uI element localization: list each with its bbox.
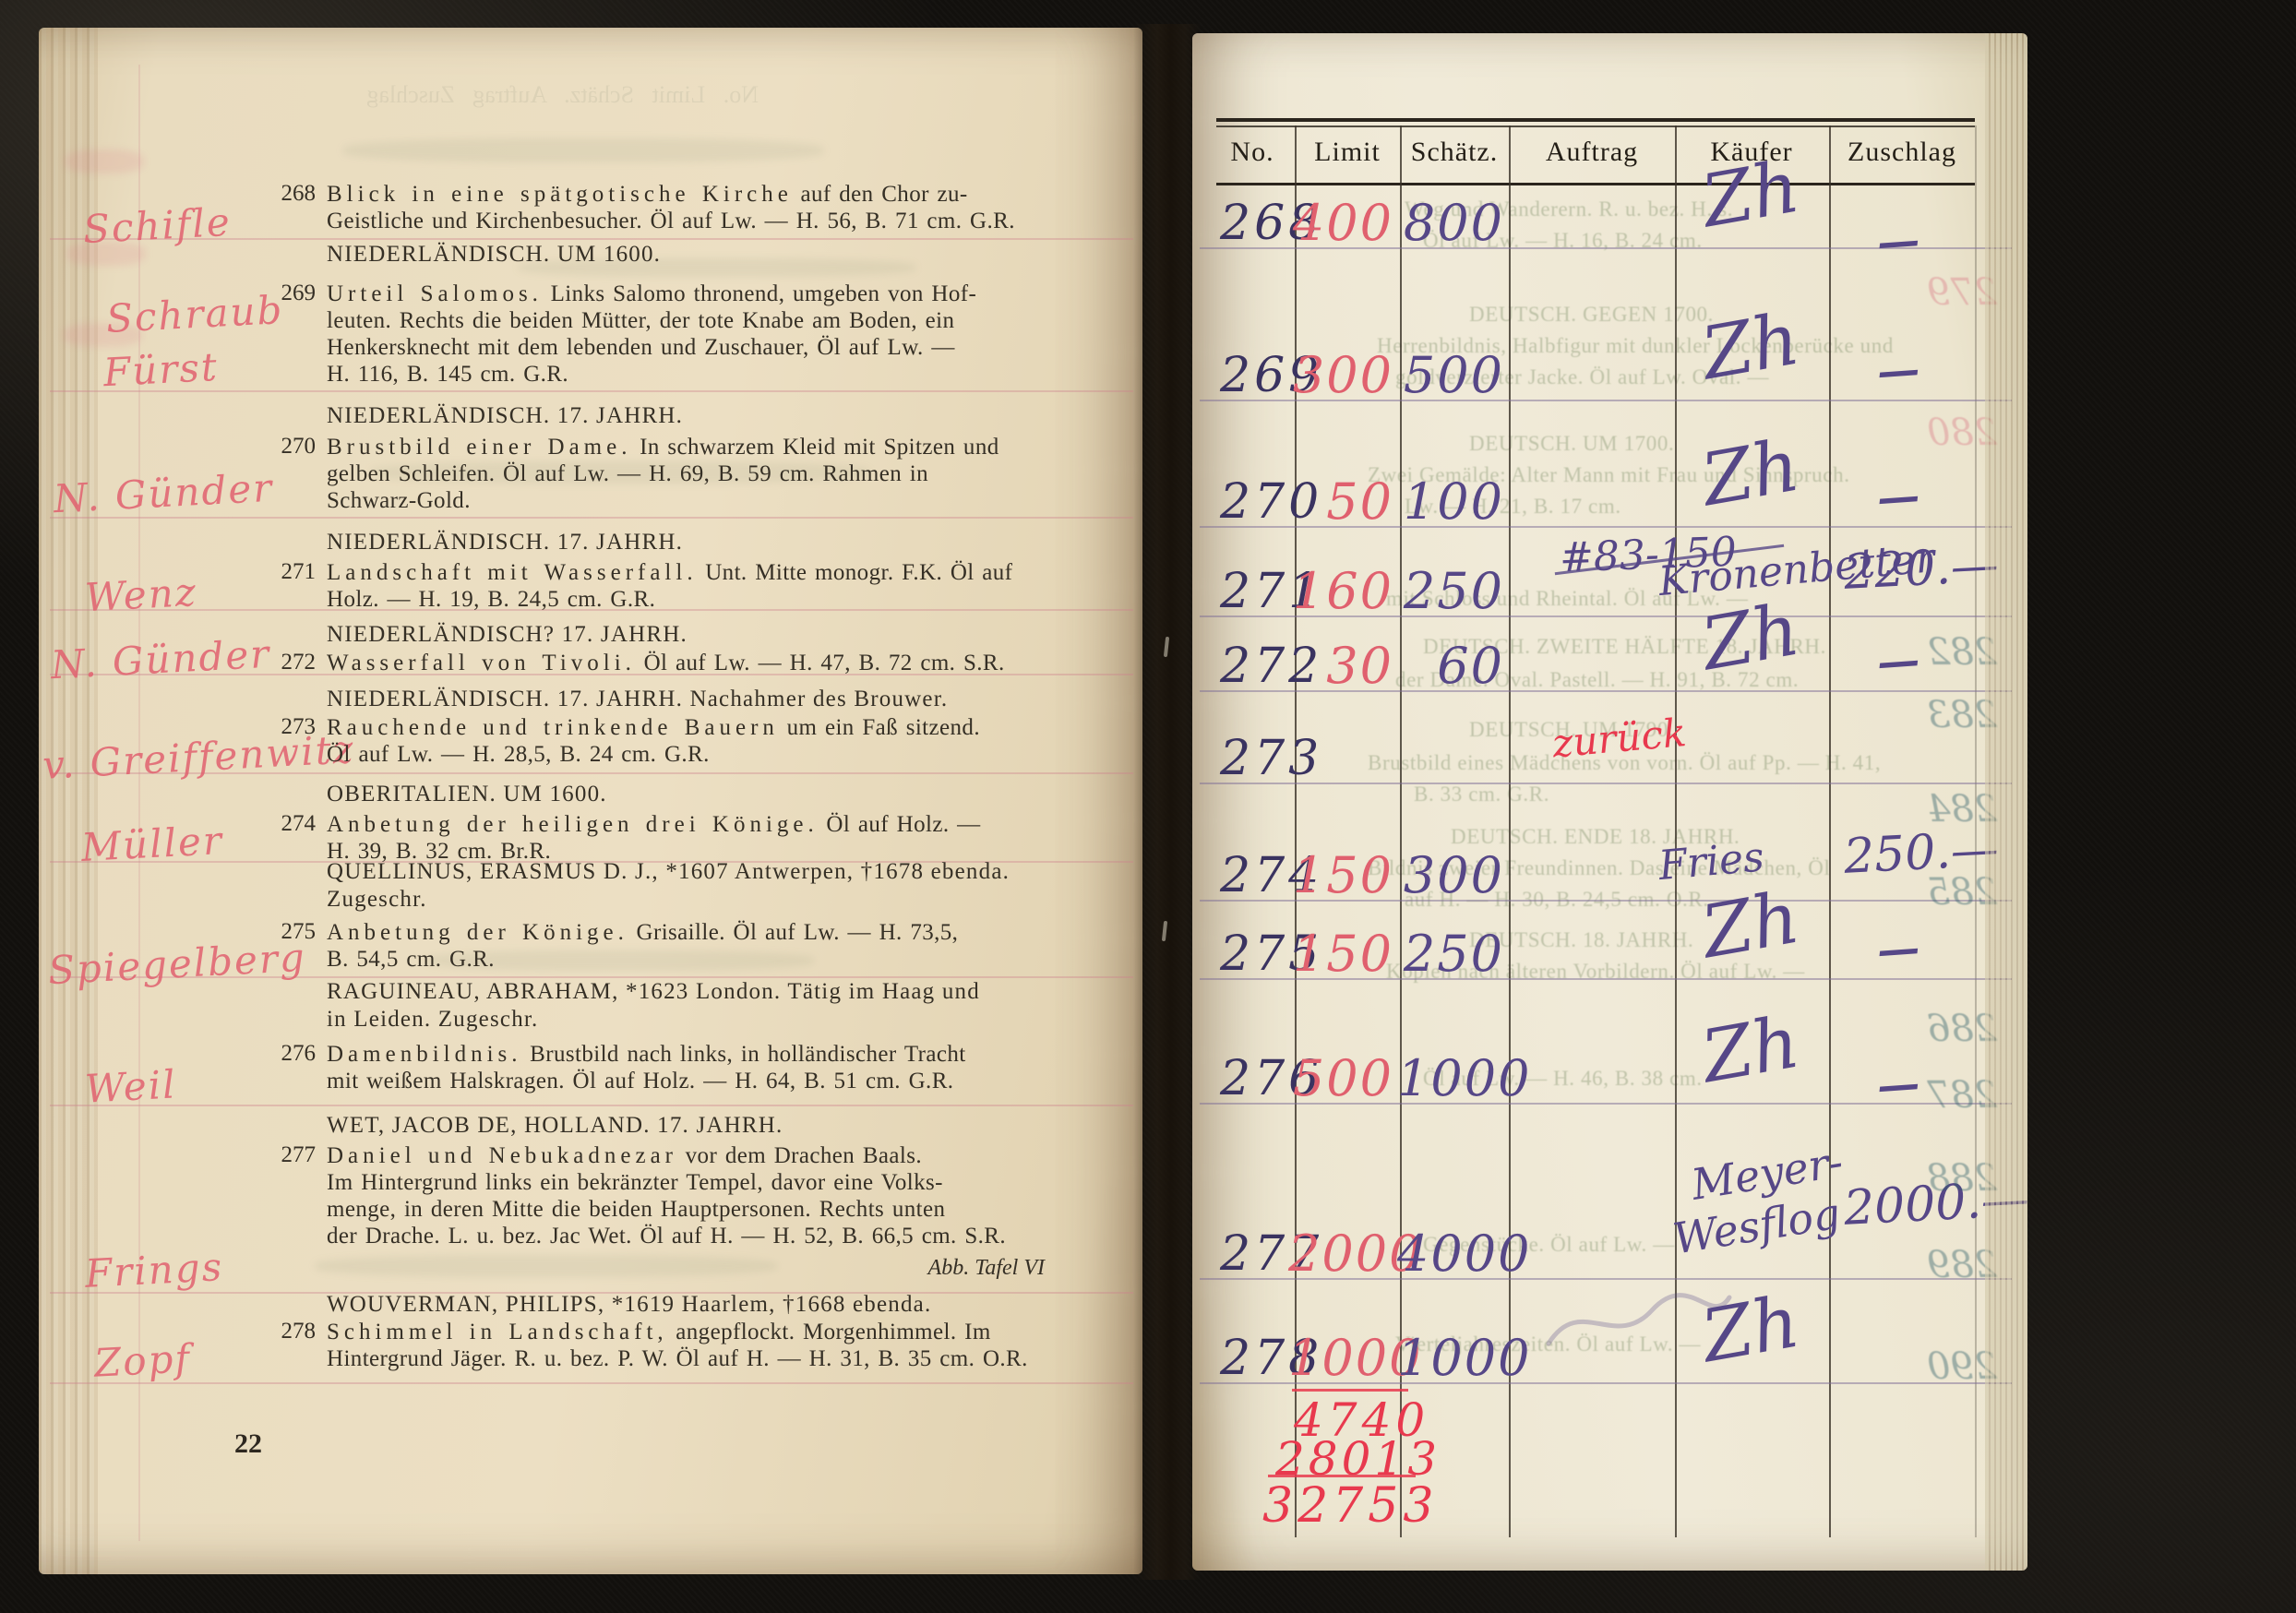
- cell-no: 277: [1220, 1226, 1297, 1282]
- cell-no: 276: [1220, 1051, 1297, 1106]
- lot-title-spaced: Damenbildnis.: [327, 1042, 522, 1067]
- table-column-rule: [1295, 125, 1297, 1537]
- binding-stitch: [1162, 921, 1167, 941]
- bleedthrough-smudge: [343, 138, 823, 162]
- totals-underline-bottom: [1268, 1475, 1416, 1477]
- lot-description-line: Im Hintergrund links ein bekränzter Temp…: [327, 1169, 1120, 1196]
- cell-limit: 300: [1288, 346, 1393, 404]
- margin-buyer-name: Schifle: [82, 199, 233, 252]
- lot-number: 276: [234, 1041, 316, 1067]
- cell-zuschlag-dash: —: [1875, 920, 1953, 974]
- lot-number: 278: [234, 1319, 316, 1344]
- lot-description-line: Holz. — H. 19, B. 24,5 cm. G.R.: [327, 586, 1120, 613]
- table-top-rule: [1216, 118, 1975, 122]
- lot-title-line: Urteil Salomos. Links Salomo thronend, u…: [327, 281, 1120, 307]
- cell-no: 269: [1220, 348, 1297, 403]
- cell-schaetz: 60: [1397, 637, 1504, 695]
- lot-title-spaced: Blick in eine spätgotische Kirche: [327, 182, 793, 207]
- artist-school-header: RAGUINEAU, ABRAHAM, *1623 London. Tätig …: [327, 979, 1120, 1005]
- ink-scribble: [1543, 1286, 1737, 1364]
- ledger-line: [50, 1382, 1133, 1384]
- lot-description-line: der Drache. L. u. bez. Jac Wet. Öl auf H…: [327, 1223, 1120, 1249]
- cell-schaetz: 4000: [1397, 1225, 1504, 1283]
- lot-number: 271: [234, 559, 316, 585]
- lot-description-line: Hintergrund Jäger. R. u. bez. P. W. Öl a…: [327, 1345, 1120, 1372]
- lot-title-line: Damenbildnis. Brustbild nach links, in h…: [327, 1041, 1120, 1068]
- lot-title-spaced: Anbetung der Könige.: [327, 920, 628, 945]
- cell-no: 275: [1220, 926, 1297, 982]
- lot-title-spaced: Wasserfall von Tivoli.: [327, 651, 636, 675]
- cell-no: 272: [1220, 639, 1297, 694]
- cell-no: 270: [1220, 474, 1297, 530]
- lot-title-spaced: Brustbild einer Dame.: [327, 435, 631, 460]
- lot-title-spaced: Anbetung der heiligen drei Könige.: [327, 812, 819, 837]
- artist-school-header: WOUVERMAN, PHILIPS, *1619 Haarlem, †1668…: [327, 1292, 1120, 1318]
- cell-schaetz: 1000: [1397, 1329, 1504, 1387]
- bleedthrough-text: DEUTSCH. GEGEN 1700.: [1469, 303, 1714, 327]
- margin-buyer-name: Zopf: [93, 1335, 192, 1385]
- artist-school-header: NIEDERLÄNDISCH. 17. JAHRH.: [327, 530, 1120, 556]
- artist-school-header: NIEDERLÄNDISCH. 17. JAHRH.: [327, 403, 1120, 429]
- lot-number: 273: [234, 714, 316, 740]
- cell-limit: 30: [1288, 637, 1393, 695]
- cell-limit: 150: [1288, 846, 1393, 904]
- plate-reference-note: Abb. Tafel VI: [740, 1256, 1045, 1281]
- lot-title-line: Anbetung der heiligen drei Könige. Öl au…: [327, 811, 1120, 838]
- artist-school-header: in Leiden. Zugeschr.: [327, 1007, 1120, 1033]
- artist-school-header: NIEDERLÄNDISCH? 17. JAHRH.: [327, 622, 1120, 648]
- lot-description-line: mit weißem Halskragen. Öl auf Holz. — H.…: [327, 1068, 1120, 1094]
- lot-title-line: Anbetung der Könige. Grisaille. Öl auf L…: [327, 919, 1120, 946]
- lot-title-line: Brustbild einer Dame. In schwarzem Kleid…: [327, 434, 1120, 460]
- ledger-line: [50, 390, 1133, 392]
- lot-description-line: Öl auf Lw. — H. 28,5, B. 24 cm. G.R.: [327, 741, 1120, 768]
- artist-school-header: NIEDERLÄNDISCH. UM 1600.: [327, 242, 1120, 268]
- lot-title-spaced: Daniel und Nebukadnezar: [327, 1143, 677, 1168]
- totals-underline-top: [1292, 1389, 1408, 1392]
- bleedthrough-text: DEUTSCH. UM 1700.: [1469, 432, 1674, 456]
- cell-kaeufer-zh: Zh: [1684, 998, 1817, 1101]
- right-page-ledger: Weg und Wanderern. R. u. bez. H. s.Öl au…: [1192, 33, 2027, 1571]
- cell-no: 268: [1220, 196, 1297, 251]
- lot-number: 270: [234, 434, 316, 460]
- lot-description-line: gelben Schleifen. Öl auf Lw. — H. 69, B.…: [327, 460, 1120, 487]
- margin-buyer-name: Wenz: [84, 569, 198, 620]
- artist-school-header: WET, JACOB DE, HOLLAND. 17. JAHRH.: [327, 1113, 1120, 1139]
- cell-zuschlag-dash: —: [1875, 468, 1953, 522]
- cell-limit: 50: [1288, 472, 1393, 531]
- cell-limit: 2000: [1288, 1225, 1393, 1283]
- lot-number: 274: [234, 811, 316, 837]
- cell-schaetz: 300: [1397, 846, 1504, 904]
- lot-number: 268: [234, 181, 316, 207]
- artist-school-header: QUELLINUS, ERASMUS D. J., *1607 Antwerpe…: [327, 859, 1120, 885]
- margin-buyer-name: Frings: [84, 1244, 224, 1296]
- lot-number: 275: [234, 919, 316, 945]
- table-top-rule-thin: [1216, 125, 1975, 127]
- lot-title-line: Rauchende und trinkende Bauern um ein Fa…: [327, 714, 1120, 741]
- cell-no: 274: [1220, 848, 1297, 903]
- column-header-schaetz: Schätz.: [1390, 137, 1519, 168]
- table-column-rule: [1400, 125, 1402, 1537]
- ghost-table-header: No. Limit Schätz. Auftrag Zuschlag: [57, 81, 759, 109]
- margin-rule-line: [138, 65, 140, 1541]
- cell-zuschlag-dash: —: [1875, 212, 1953, 267]
- cell-limit: 500: [1288, 1049, 1393, 1107]
- lot-title-line: Wasserfall von Tivoli. Öl auf Lw. — H. 4…: [327, 650, 1120, 676]
- cell-schaetz: 100: [1397, 472, 1504, 531]
- left-page-catalog: No. Limit Schätz. Auftrag Zuschlag Schif…: [39, 28, 1142, 1574]
- cell-schaetz: 250: [1397, 925, 1504, 983]
- lot-title-line: Daniel und Nebukadnezar vor dem Drachen …: [327, 1142, 1120, 1169]
- book-gutter: [1133, 24, 1202, 1580]
- cell-schaetz: 1000: [1397, 1049, 1504, 1107]
- book-spread-photo: No. Limit Schätz. Auftrag Zuschlag Schif…: [0, 0, 2296, 1613]
- lot-description-line: Schwarz-Gold.: [327, 487, 1120, 514]
- lot-title-spaced: Rauchende und trinkende Bauern: [327, 715, 779, 740]
- artist-school-header: NIEDERLÄNDISCH. 17. JAHRH. Nachahmer des…: [327, 687, 1120, 712]
- cell-schaetz: 500: [1397, 346, 1504, 404]
- lot-title-spaced: Schimmel in Landschaft,: [327, 1320, 668, 1344]
- cell-limit: 400: [1288, 194, 1393, 252]
- column-header-zuschlag: Zuschlag: [1837, 137, 1967, 168]
- lot-number: 272: [234, 650, 316, 675]
- table-column-rule: [1509, 125, 1511, 1537]
- cell-schaetz: 250: [1397, 562, 1504, 620]
- bleedthrough-smudge-pink: [65, 149, 144, 173]
- lot-title-spaced: Landschaft mit Wasserfall.: [327, 560, 698, 585]
- artist-school-header: Zugeschr.: [327, 887, 1120, 913]
- bleedthrough-smudge: [316, 1255, 777, 1277]
- totals-sum3: 32753: [1262, 1478, 1414, 1534]
- lot-title-spaced: Urteil Salomos.: [327, 281, 543, 306]
- binding-stitch: [1164, 637, 1169, 657]
- lot-number: 277: [234, 1142, 316, 1168]
- lot-title-line: Schimmel in Landschaft, angepflockt. Mor…: [327, 1319, 1120, 1345]
- ledger-line: [50, 517, 1133, 519]
- bleedthrough-text: B. 33 cm. G.R.: [1414, 783, 1549, 806]
- cell-no: 278: [1220, 1331, 1297, 1386]
- lot-description-line: menge, in deren Mitte die beiden Hauptpe…: [327, 1196, 1120, 1223]
- lot-title-line: Landschaft mit Wasserfall. Unt. Mitte mo…: [327, 559, 1120, 586]
- column-header-auftrag: Auftrag: [1527, 137, 1656, 168]
- cell-limit: 150: [1288, 925, 1393, 983]
- cell-zuschlag-dash: —: [1875, 341, 1953, 396]
- ledger-line: [50, 1105, 1133, 1106]
- margin-buyer-name: Fürst: [102, 344, 220, 395]
- cell-zuschlag-amount: 220.—: [1843, 538, 1984, 601]
- lot-description-line: leuten. Rechts die beiden Mütter, der to…: [327, 307, 1120, 334]
- artist-school-header: OBERITALIEN. UM 1600.: [327, 782, 1120, 807]
- cell-schaetz: 800: [1397, 194, 1504, 252]
- lot-description-line: B. 54,5 cm. G.R.: [327, 946, 1120, 973]
- right-page-deckle-edge: [1985, 33, 2027, 1571]
- lot-description-line: H. 116, B. 145 cm. G.R.: [327, 361, 1120, 388]
- cell-kaeufer-zh: Zh: [1684, 422, 1817, 524]
- margin-buyer-name: Weil: [84, 1061, 178, 1111]
- lot-title-line: Blick in eine spätgotische Kirche auf de…: [327, 181, 1120, 208]
- margin-buyer-name: Müller: [80, 818, 224, 870]
- lot-description-line: Henkersknecht mit dem lebenden und Zusch…: [327, 334, 1120, 361]
- table-header-separator: [1216, 183, 1975, 185]
- cell-limit: 1000: [1288, 1329, 1393, 1387]
- cell-no: 273: [1220, 731, 1297, 786]
- lot-description-line: Geistliche und Kirchenbesucher. Öl auf L…: [327, 208, 1120, 234]
- page-number: 22: [234, 1428, 262, 1460]
- cell-no: 271: [1220, 564, 1297, 619]
- cell-limit: 160: [1288, 562, 1393, 620]
- lot-number: 269: [234, 281, 316, 306]
